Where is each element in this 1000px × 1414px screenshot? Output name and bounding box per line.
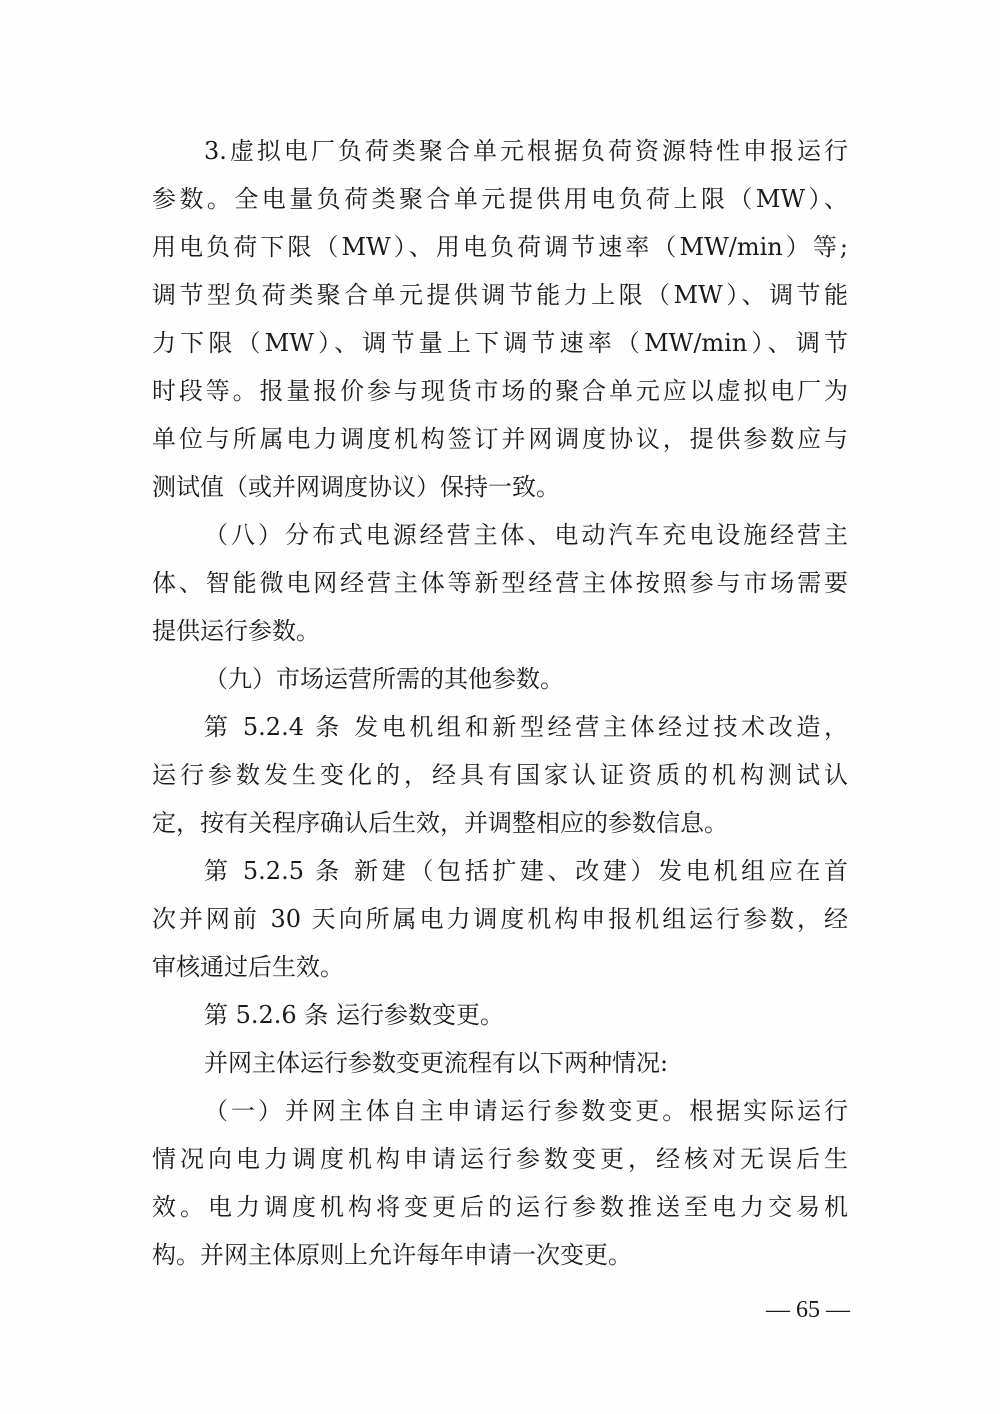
text-line: 运行参数发生变化的，经具有国家认证资质的机构测试认 — [152, 751, 848, 799]
text-line: 时段等。报量报价参与现货市场的聚合单元应以虚拟电厂为 — [152, 367, 848, 415]
text-line: 效。电力调度机构将变更后的运行参数推送至电力交易机 — [152, 1183, 848, 1231]
text-line-item-9: （九）市场运营所需的其他参数。 — [152, 655, 848, 703]
text-line: 调节型负荷类聚合单元提供调节能力上限（MW）、调节能 — [152, 271, 848, 319]
text-line: 体、智能微电网经营主体等新型经营主体按照参与市场需要 — [152, 559, 848, 607]
text-line: 单位与所属电力调度机构签订并网调度协议，提供参数应与 — [152, 415, 848, 463]
text-line-change-process-intro: 并网主体运行参数变更流程有以下两种情况: — [152, 1039, 848, 1087]
text-line: 次并网前 30 天向所属电力调度机构申报机组运行参数，经 — [152, 895, 848, 943]
text-line: 用电负荷下限（MW）、用电负荷调节速率（MW/min）等; — [152, 223, 848, 271]
text-line: 定，按有关程序确认后生效，并调整相应的参数信息。 — [152, 799, 848, 847]
text-line-item-8-start: （八）分布式电源经营主体、电动汽车充电设施经营主 — [152, 511, 848, 559]
text-line-item-1-start: （一）并网主体自主申请运行参数变更。根据实际运行 — [152, 1087, 848, 1135]
body-text: 3.虚拟电厂负荷类聚合单元根据负荷资源特性申报运行 参数。全电量负荷类聚合单元提… — [152, 127, 848, 1279]
text-line: 构。并网主体原则上允许每年申请一次变更。 — [152, 1231, 848, 1279]
text-line: 情况向电力调度机构申请运行参数变更，经核对无误后生 — [152, 1135, 848, 1183]
text-line: 参数。全电量负荷类聚合单元提供用电负荷上限（MW）、 — [152, 175, 848, 223]
text-line-article-5-2-4-start: 第 5.2.4 条 发电机组和新型经营主体经过技术改造， — [152, 703, 848, 751]
text-line: 测试值（或并网调度协议）保持一致。 — [152, 463, 848, 511]
text-line: 审核通过后生效。 — [152, 943, 848, 991]
text-line-paragraph-3-start: 3.虚拟电厂负荷类聚合单元根据负荷资源特性申报运行 — [152, 127, 848, 175]
page-number: — 65 — — [760, 1296, 856, 1324]
text-line-article-5-2-5-start: 第 5.2.5 条 新建（包括扩建、改建）发电机组应在首 — [152, 847, 848, 895]
document-page: 3.虚拟电厂负荷类聚合单元根据负荷资源特性申报运行 参数。全电量负荷类聚合单元提… — [0, 0, 1000, 1414]
text-line: 力下限（MW）、调节量上下调节速率（MW/min）、调节 — [152, 319, 848, 367]
text-line: 提供运行参数。 — [152, 607, 848, 655]
text-line-article-5-2-6: 第 5.2.6 条 运行参数变更。 — [152, 991, 848, 1039]
